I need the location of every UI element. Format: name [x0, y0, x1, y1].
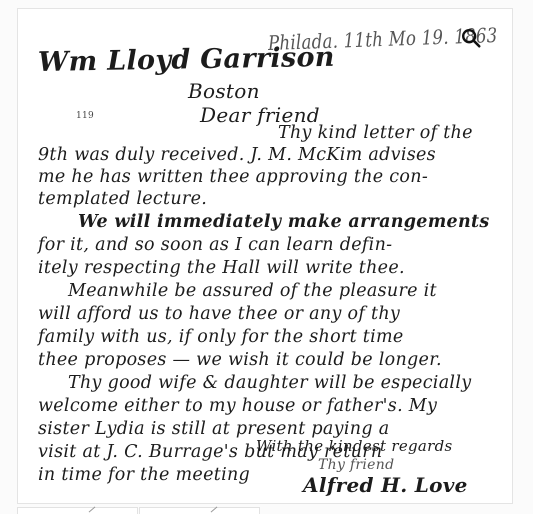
folio-number: 119: [76, 111, 94, 121]
signature: Alfred H. Love: [303, 473, 468, 497]
zoom-button[interactable]: [457, 24, 485, 52]
body-line: We will immediately make arrangements: [78, 212, 490, 232]
thumbnail-page-2[interactable]: [139, 507, 260, 514]
body-line: Thy good wife & daughter will be especia…: [68, 373, 471, 393]
body-line: thee proposes — we wish it could be long…: [38, 350, 442, 370]
body-line: Meanwhile be assured of the pleasure it: [68, 281, 437, 301]
body-line: Thy kind letter of the: [278, 123, 473, 143]
body-line: family with us, if only for the short ti…: [38, 327, 404, 347]
thumbnail-strip: [17, 507, 260, 514]
body-line: welcome either to my house or father's. …: [38, 396, 437, 416]
body-line: me he has written thee approving the con…: [38, 167, 428, 187]
recipient-name: Wm Lloyd Garrison: [38, 42, 335, 78]
body-line: 9th was duly received. J. M. McKim advis…: [38, 145, 436, 165]
body-line: for it, and so soon as I can learn defin…: [38, 235, 392, 255]
body-line: sister Lydia is still at present paying …: [38, 419, 389, 439]
body-line: will afford us to have thee or any of th…: [38, 304, 400, 324]
closing: With the kindest regards: [256, 437, 453, 455]
body-line: templated lecture.: [38, 189, 207, 209]
magnifier-icon: [460, 27, 482, 49]
body-line: in time for the meeting: [38, 465, 250, 485]
recipient-city: Boston: [188, 79, 260, 103]
thumbnail-page-1[interactable]: [17, 507, 138, 514]
manuscript-letter-image: Philada. 11th Mo 19. 1863 Wm Lloyd Garri…: [18, 9, 512, 503]
body-line: itely respecting the Hall will write the…: [38, 258, 405, 278]
closing-phrase: Thy friend: [318, 457, 394, 473]
image-viewer-frame: Philada. 11th Mo 19. 1863 Wm Lloyd Garri…: [17, 8, 513, 504]
